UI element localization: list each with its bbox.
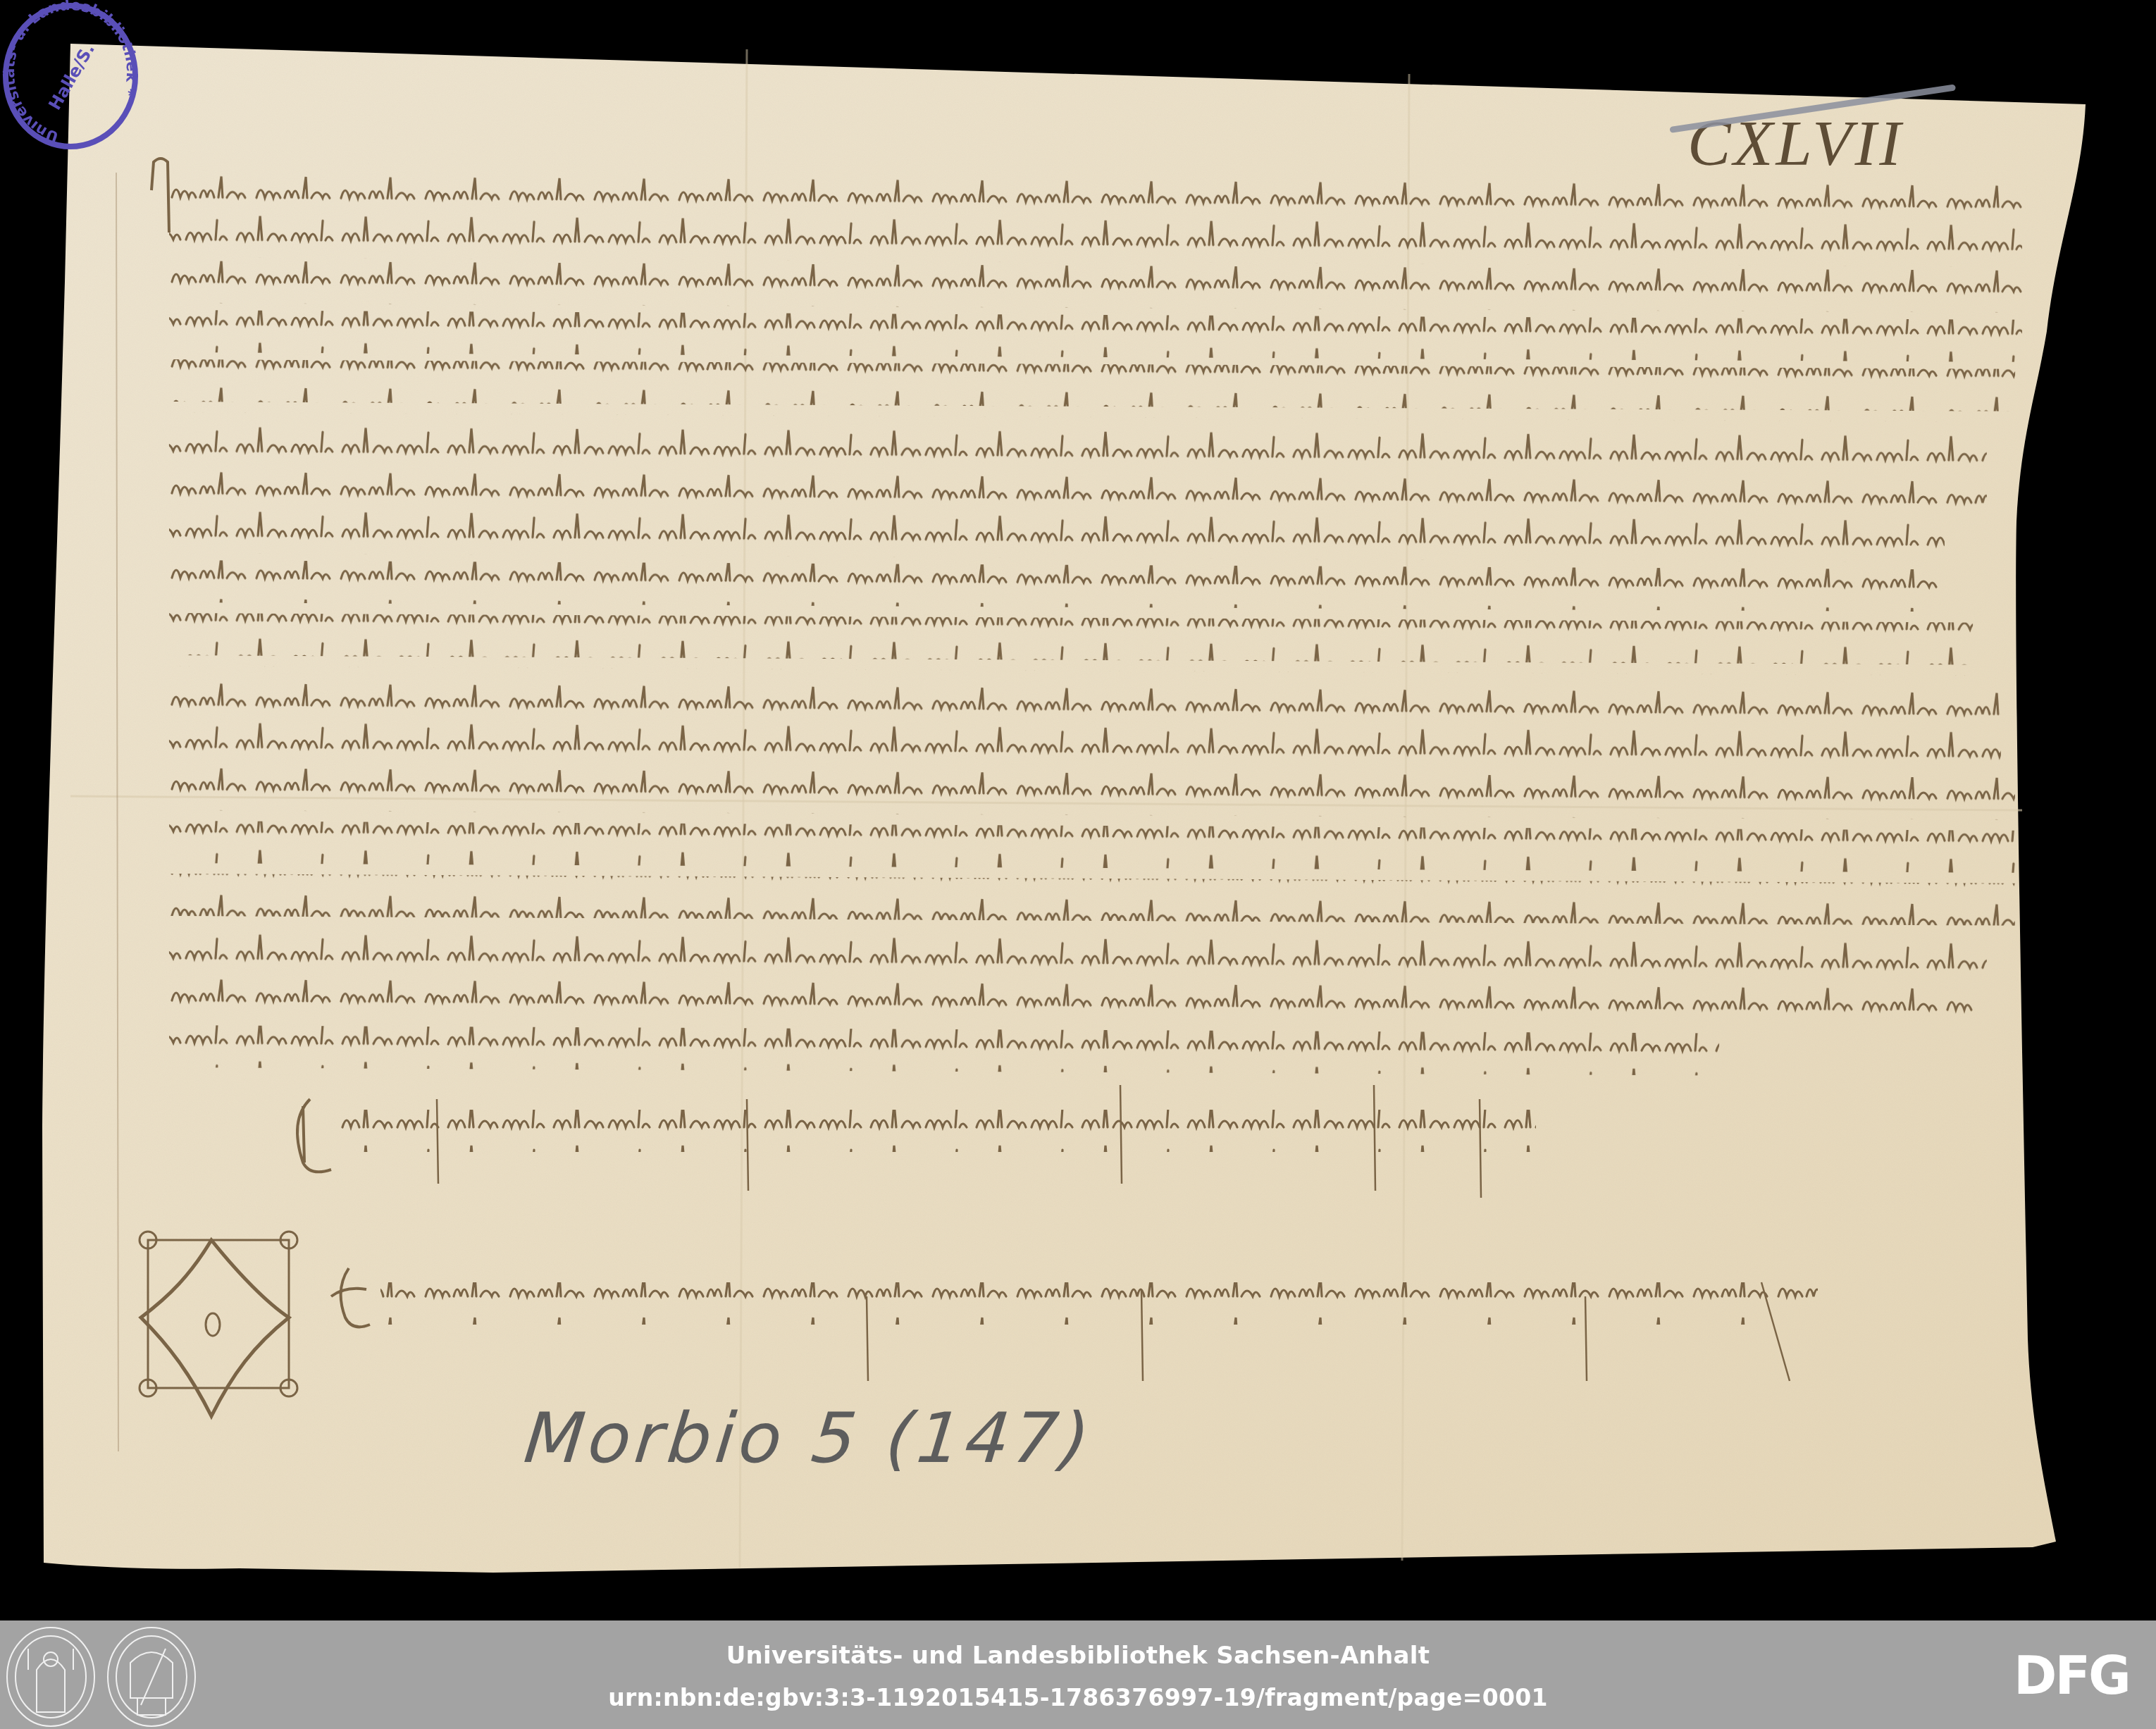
parchment-shape bbox=[0, 0, 2156, 1620]
dfg-logo: DFG bbox=[2014, 1650, 2129, 1702]
shelfmark: Morbio 5 (147) bbox=[521, 1399, 1097, 1479]
parchment-sheet: CXLVII Universitäts- u. Landesbibliothek… bbox=[0, 0, 2156, 1620]
footer-bar bbox=[0, 1620, 2156, 1729]
library-stamp: Universitäts- u. Landesbibliothek * Hall… bbox=[0, 0, 141, 152]
folio-number: CXLVII bbox=[1687, 106, 1904, 180]
svg-text:Halle/S.: Halle/S. bbox=[45, 40, 99, 113]
document-viewer: CXLVII Universitäts- u. Landesbibliothek… bbox=[0, 0, 2156, 1620]
library-name: Universitäts- und Landesbibliothek Sachs… bbox=[0, 1642, 2156, 1670]
university-seals bbox=[0, 1620, 211, 1729]
urn-link[interactable]: urn:nbn:de:gbv:3:3-1192015415-1786376997… bbox=[0, 1684, 2156, 1711]
